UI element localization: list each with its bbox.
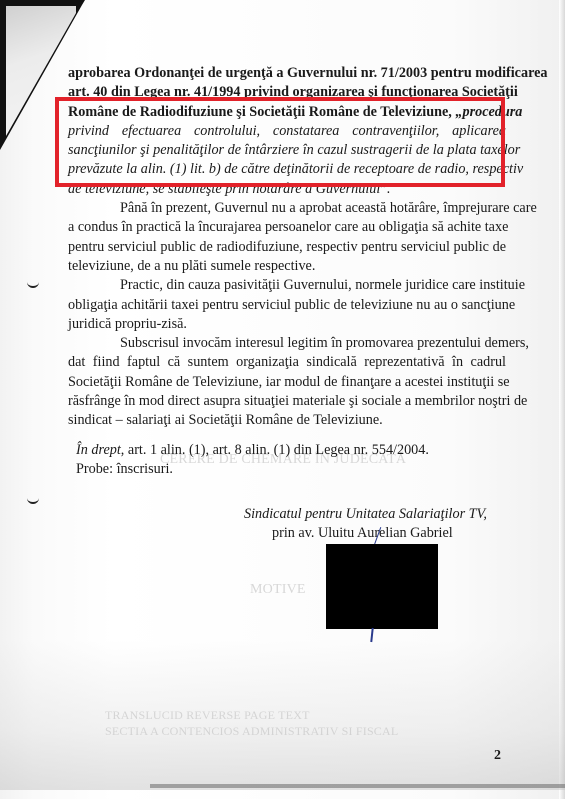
paragraph-line: televiziune, de a nu plăti sumele respec… — [68, 257, 506, 276]
paragraph-line: Practic, din cauza pasivităţii Guvernulu… — [68, 276, 506, 295]
spacer — [68, 431, 506, 441]
paragraph-line: sindicat – salariaţi ai Societăţii Român… — [68, 411, 506, 430]
highlight-box — [55, 97, 505, 187]
paragraph-line: a condus în practică la încurajarea pers… — [68, 218, 506, 237]
paragraph-line: răsfrânge în mod direct asupra situaţiei… — [68, 392, 506, 411]
paragraph-line: Subscrisul invocăm interesul legitim în … — [68, 334, 506, 353]
bleed-through-line: SECTIA A CONTENCIOS ADMINISTRATIV SI FIS… — [105, 724, 398, 739]
bleed-through-motive: MOTIVE — [250, 582, 306, 598]
signature-organization: Sindicatul pentru Unitatea Salariaţilor … — [244, 506, 487, 523]
punch-hole-mark — [27, 278, 39, 288]
evidence-line: Probe: înscrisuri. — [68, 460, 506, 479]
paragraph-line: juridică propriu-zisă. — [68, 315, 506, 334]
redacted-signature — [326, 544, 438, 629]
text-line: aprobarea Ordonanţei de urgenţă a Guvern… — [68, 64, 506, 83]
page-number: 2 — [494, 748, 501, 764]
bleed-through-line: TRANSLUCID REVERSE PAGE TEXT — [105, 708, 310, 723]
paragraph-line: Societăţii Române de Televiziune, iar mo… — [68, 373, 506, 392]
paragraph-line: Până în prezent, Guvernul nu a aprobat a… — [68, 199, 506, 218]
paragraph-line: dat fiind faptul că suntem organizaţia s… — [68, 353, 506, 372]
paragraph-line: pentru serviciul public de radiodifuziun… — [68, 238, 506, 257]
paragraph-line: obligaţia achitării taxei pentru servici… — [68, 296, 506, 315]
scanned-page: CERERE DE CHEMARE ÎN JUDECATĂ MOTIVE TRA… — [0, 0, 565, 799]
legal-basis: În drept, art. 1 alin. (1), art. 8 alin.… — [68, 441, 506, 460]
punch-hole-mark — [27, 494, 39, 504]
page-bottom-edge — [150, 784, 565, 788]
signature-representative: prin av. Uluitu Aurelian Gabriel — [272, 525, 453, 542]
